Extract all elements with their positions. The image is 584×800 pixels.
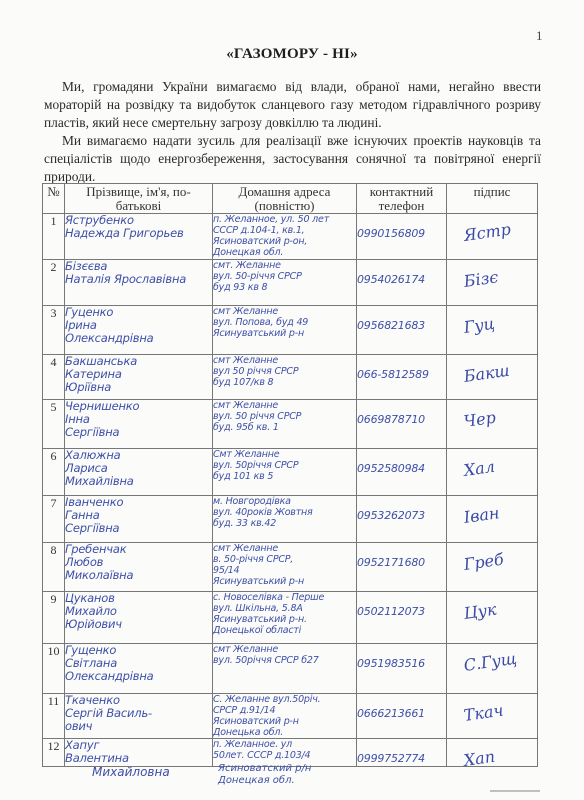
handwritten-signature: Бізє: [446, 254, 539, 293]
signer-phone-cell: 0954026174: [357, 260, 447, 306]
header-number: №: [43, 184, 65, 214]
signer-signature-cell: Ткач: [447, 694, 538, 739]
signer-signature-cell: Гуц: [447, 306, 538, 355]
row-number-cell: 3: [43, 306, 65, 355]
row-number-cell: 12: [43, 739, 65, 767]
handwritten-signature: Хап: [446, 733, 539, 772]
signer-signature-cell: Хап: [447, 739, 538, 767]
table-row: 5Чернишенко Інна Сергіївнасмт Желанне ву…: [43, 400, 538, 449]
signer-signature-cell: Ястр: [447, 214, 538, 260]
handwritten-signature: С.Гущ: [446, 638, 539, 677]
page-number: 1: [536, 28, 543, 44]
signer-signature-cell: Хал: [447, 449, 538, 496]
table-row: 11Ткаченко Сергій Василь- овичС. Желанне…: [43, 694, 538, 739]
table-row: 10Гущенко Світлана Олександрівнасмт Жела…: [43, 644, 538, 694]
signer-name-cell: Іванченко Ганна Сергіївна: [65, 496, 213, 543]
table-row: 9Цуканов Михайло Юрійовичс. Новоселівка …: [43, 592, 538, 644]
signer-signature-cell: Цук: [447, 592, 538, 644]
signer-name-cell: Ткаченко Сергій Василь- ович: [65, 694, 213, 739]
handwritten-signature: Греб: [446, 537, 539, 576]
header-phone: контактний телефон: [357, 184, 447, 214]
signer-phone-cell: 0502112073: [357, 592, 447, 644]
signer-phone-cell: 0990156809: [357, 214, 447, 260]
table-row: 3Гуценко Ірина Олександрівнасмт Желанне …: [43, 306, 538, 355]
signer-name-cell: Гребенчак Любов Миколаївна: [65, 543, 213, 592]
handwritten-signature: Ястр: [446, 208, 539, 247]
signer-address-cell: с. Новоселівка - Перше вул. Шкільна, 5.8…: [213, 592, 357, 644]
petition-paragraph: Ми вимагаємо надати зусиль для реалізаці…: [44, 132, 541, 186]
row-number-cell: 1: [43, 214, 65, 260]
signer-address-cell: смт Желанне вул. Попова, буд 49 Ясинуват…: [213, 306, 357, 355]
row-number-cell: 9: [43, 592, 65, 644]
signer-phone-cell: 0956821683: [357, 306, 447, 355]
signer-name-cell: Бізєєва Наталія Ярославівна: [65, 260, 213, 306]
signer-phone-cell: 0952171680: [357, 543, 447, 592]
signer-signature-cell: Іван: [447, 496, 538, 543]
row-12-name-overflow: Михайловна: [92, 766, 170, 779]
signer-address-cell: смт Желанне в. 50-річчя СРСР, 95/14 Ясин…: [213, 543, 357, 592]
header-name: Прізвище, ім'я, по-батькові: [65, 184, 213, 214]
row-number-cell: 7: [43, 496, 65, 543]
row-number-cell: 8: [43, 543, 65, 592]
signer-address-cell: смт Желанне вул. 50 річчя СРСР буд. 95б …: [213, 400, 357, 449]
table-row: 8Гребенчак Любов Миколаївнасмт Желанне в…: [43, 543, 538, 592]
row-number-cell: 6: [43, 449, 65, 496]
signer-name-cell: Халюжна Лариса Михайлівна: [65, 449, 213, 496]
handwritten-signature: Чер: [446, 394, 539, 433]
signer-name-cell: Цуканов Михайло Юрійович: [65, 592, 213, 644]
signer-signature-cell: Греб: [447, 543, 538, 592]
signer-signature-cell: Бізє: [447, 260, 538, 306]
signer-phone-cell: 0999752774: [357, 739, 447, 767]
handwritten-signature: Гуц: [446, 300, 539, 339]
row-number-cell: 10: [43, 644, 65, 694]
header-address: Домашня адреса (повністю): [213, 184, 357, 214]
signer-address-cell: м. Новгородівка вул. 40років Жовтня буд.…: [213, 496, 357, 543]
signer-signature-cell: С.Гущ: [447, 644, 538, 694]
signature-table: № Прізвище, ім'я, по-батькові Домашня ад…: [42, 183, 538, 767]
row-number-cell: 2: [43, 260, 65, 306]
signer-name-cell: Гуценко Ірина Олександрівна: [65, 306, 213, 355]
signer-phone-cell: 0952580984: [357, 449, 447, 496]
signer-name-cell: Бакшанська Катерина Юріївна: [65, 355, 213, 400]
handwritten-signature: Хал: [446, 443, 539, 482]
signer-signature-cell: Бакш: [447, 355, 538, 400]
table-row: 2Бізєєва Наталія Ярославівнасмт. Желанне…: [43, 260, 538, 306]
signer-address-cell: смт. Желанне вул. 50-річчя СРСР буд 93 к…: [213, 260, 357, 306]
scan-artifact: [490, 790, 540, 792]
table-row: 7Іванченко Ганна Сергіївнам. Новгородівк…: [43, 496, 538, 543]
petition-text: Ми, громадяни України вимагаємо від влад…: [44, 78, 541, 186]
signer-address-cell: смт Желанне вул. 50річчя СРСР б27: [213, 644, 357, 694]
row-number-cell: 4: [43, 355, 65, 400]
signer-phone-cell: 0669878710: [357, 400, 447, 449]
signer-phone-cell: 0953262073: [357, 496, 447, 543]
signer-phone-cell: 0666213661: [357, 694, 447, 739]
signer-phone-cell: 0951983516: [357, 644, 447, 694]
handwritten-signature: Іван: [446, 490, 539, 529]
handwritten-signature: Бакш: [446, 349, 539, 388]
handwritten-signature: Ткач: [446, 688, 539, 727]
table-row: 6Халюжна Лариса МихайлівнаСмт Желанне ву…: [43, 449, 538, 496]
signer-name-cell: Чернишенко Інна Сергіївна: [65, 400, 213, 449]
table-row: 1Яструбенко Надежда Григорьевп. Желанное…: [43, 214, 538, 260]
table-header-row: № Прізвище, ім'я, по-батькові Домашня ад…: [43, 184, 538, 214]
signer-name-cell: Гущенко Світлана Олександрівна: [65, 644, 213, 694]
signer-signature-cell: Чер: [447, 400, 538, 449]
petition-paragraph: Ми, громадяни України вимагаємо від влад…: [44, 78, 541, 132]
signer-address-cell: Смт Желанне вул. 50річчя СРСР буд 101 кв…: [213, 449, 357, 496]
row-number-cell: 5: [43, 400, 65, 449]
document-title: «ГАЗОМОРУ - НІ»: [0, 46, 584, 63]
signer-address-cell: п. Желанное, ул. 50 лет СССР д.104-1, кв…: [213, 214, 357, 260]
handwritten-signature: Цук: [446, 586, 539, 625]
signer-name-cell: Яструбенко Надежда Григорьев: [65, 214, 213, 260]
signer-name-cell: Хапуг Валентина: [65, 739, 213, 767]
signer-address-cell: смт Желанне вул 50 річчя СРСР буд 107/кв…: [213, 355, 357, 400]
signer-address-cell: С. Желанне вул.50річ. СРСР д.91/14 Ясино…: [213, 694, 357, 739]
row-12-address-overflow: Ясиноватский р/н Донецкая обл.: [218, 763, 311, 787]
table-row: 4Бакшанська Катерина Юріївнасмт Желанне …: [43, 355, 538, 400]
signer-phone-cell: 066-5812589: [357, 355, 447, 400]
row-number-cell: 11: [43, 694, 65, 739]
